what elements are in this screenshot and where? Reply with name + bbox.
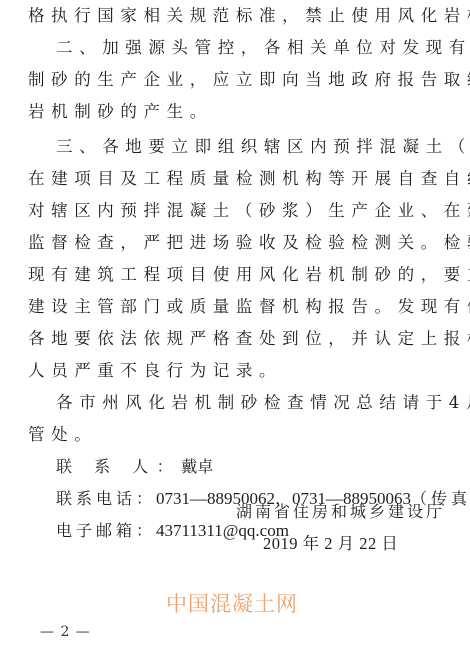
- contact-person-value: 戴卓: [181, 457, 213, 476]
- site-watermark: 中国混凝土网: [166, 592, 298, 616]
- paragraph-line: 二、加强源头管控，各相关单位对发现有利用风化岩制作机: [56, 38, 470, 58]
- paragraph-line: 岩机制砂的产生。: [28, 102, 213, 122]
- paragraph-line: 监督检查，严把进场验收及检验检测关。检验检测等有关单位发: [28, 233, 470, 253]
- contact-email: 电子邮箱：43711311@qq.com: [56, 521, 289, 541]
- paragraph-line: 三、各地要立即组织辖区内预拌混凝土（砂浆）生产企业、: [56, 137, 470, 157]
- paragraph-line: 管处。: [28, 425, 97, 445]
- signing-organization: 湖南省住房和城乡建设厅: [236, 502, 445, 522]
- signing-date: 2019 年 2 月 22 日: [263, 534, 398, 554]
- paragraph-line: 人员严重不良行为记录。: [28, 361, 282, 381]
- paragraph-line: 在建项目及工程质量检测机构等开展自查自纠，并根据本地实际: [28, 169, 470, 189]
- contact-phone-label: 联系电话：: [56, 489, 156, 508]
- page-number: — 2 —: [40, 624, 91, 640]
- document-page: 格执行国家相关规范标准，禁止使用风化岩机制砂。 二、加强源头管控，各相关单位对发…: [0, 0, 470, 646]
- paragraph-line: 各市州风化岩机制砂检查情况总结请于4月30日前报我厅建: [56, 393, 470, 413]
- contact-person-label: 联 系 人：: [56, 457, 181, 476]
- contact-person: 联 系 人：戴卓: [56, 457, 213, 477]
- paragraph-line: 格执行国家相关规范标准，禁止使用风化岩机制砂。: [28, 6, 470, 26]
- paragraph-line: 现有建筑工程项目使用风化岩机制砂的，要立即向当地住房城乡: [28, 265, 470, 285]
- paragraph-line: 对辖区内预拌混凝土（砂浆）生产企业、在建项目用砂情况进行: [28, 201, 470, 221]
- paragraph-line: 建设主管部门或质量监督机构报告。发现有使用风化岩机制砂的，: [28, 297, 470, 317]
- paragraph-line: 制砂的生产企业，应立即向当地政府报告取缔，从源头杜绝风化: [28, 70, 470, 90]
- paragraph-line: 各地要依法依规严格查处到位，并认定上报相关责任单位和责任: [28, 329, 470, 349]
- contact-email-label: 电子邮箱：: [56, 521, 156, 540]
